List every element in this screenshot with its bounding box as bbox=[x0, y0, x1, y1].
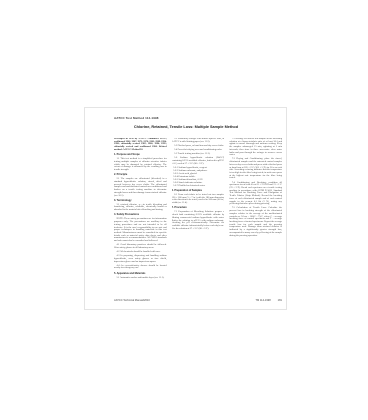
paragraph: 3.1 retained chlorine, n.—in textile ble… bbox=[114, 204, 167, 212]
footer-method-label: TM 114-1998 bbox=[255, 299, 270, 302]
document-page: AATCC Test Method 114-1998 Chlorine, Ret… bbox=[84, 107, 287, 310]
paragraph: 7.4 Conditioning and Breaking: condition… bbox=[229, 182, 282, 206]
paragraph: 5.2 Laboratory wringer with rubber squee… bbox=[172, 138, 225, 143]
paragraph: 5.6.7 Distilled or deionized water. bbox=[172, 185, 225, 188]
viewer-canvas: AATCC Test Method 114-1998 Chlorine, Ret… bbox=[0, 0, 368, 420]
paragraph: 1.1 This test method is a simplified pro… bbox=[114, 158, 167, 172]
footer-manual-label: AATCC Technical Manual/2010 bbox=[114, 299, 150, 302]
page-footer: AATCC Technical Manual/2010 TM 114-1998 … bbox=[114, 299, 282, 302]
paragraph: 6.1 From each fabric to be tested cut tw… bbox=[172, 194, 225, 205]
paragraph: NOTE: These safety precautions are for i… bbox=[114, 218, 167, 242]
paragraph: 5.6 Sodium hypochlorite solution (NaOCl)… bbox=[172, 157, 225, 165]
column-1: Developed in 1958 by AATCC Committee RA3… bbox=[114, 138, 167, 296]
paragraph: 4.3 In preparing, dispensing and handlin… bbox=[114, 255, 167, 263]
paragraph: Developed in 1958 by AATCC Committee RA3… bbox=[114, 138, 167, 152]
paragraph: 4.4 An eyewash/safety shower should be l… bbox=[114, 265, 167, 270]
paragraph: 7.3 Drying and Conditioning: place the r… bbox=[229, 158, 282, 180]
paragraph: 4.1 Good laboratory practices should be … bbox=[114, 244, 167, 249]
column-2: 5.2 Laboratory wringer with rubber squee… bbox=[172, 138, 225, 296]
paragraph: 2.1 The samples are chlorinated (bleache… bbox=[114, 178, 167, 197]
paragraph: 7.5 Calculation of Tensile Loss: Calcula… bbox=[229, 207, 282, 237]
paragraph: 5.1 Automatic washer and tumble dryer (s… bbox=[114, 277, 167, 280]
test-method-number: AATCC Test Method 114-1998 bbox=[114, 116, 254, 120]
column-3: 7.2 Wetting: wet out the test samples in… bbox=[229, 138, 282, 296]
paragraph: 7.1 Preparation of Bleaching Solution: p… bbox=[172, 211, 225, 230]
document-title: Chlorine, Retained, Tensile Loss: Multip… bbox=[100, 125, 272, 129]
paragraph: 7.2 Wetting: wet out the test samples in… bbox=[229, 138, 282, 157]
footer-page-number: 181 bbox=[278, 299, 282, 302]
body-columns: Developed in 1958 by AATCC Committee RA3… bbox=[114, 138, 282, 296]
